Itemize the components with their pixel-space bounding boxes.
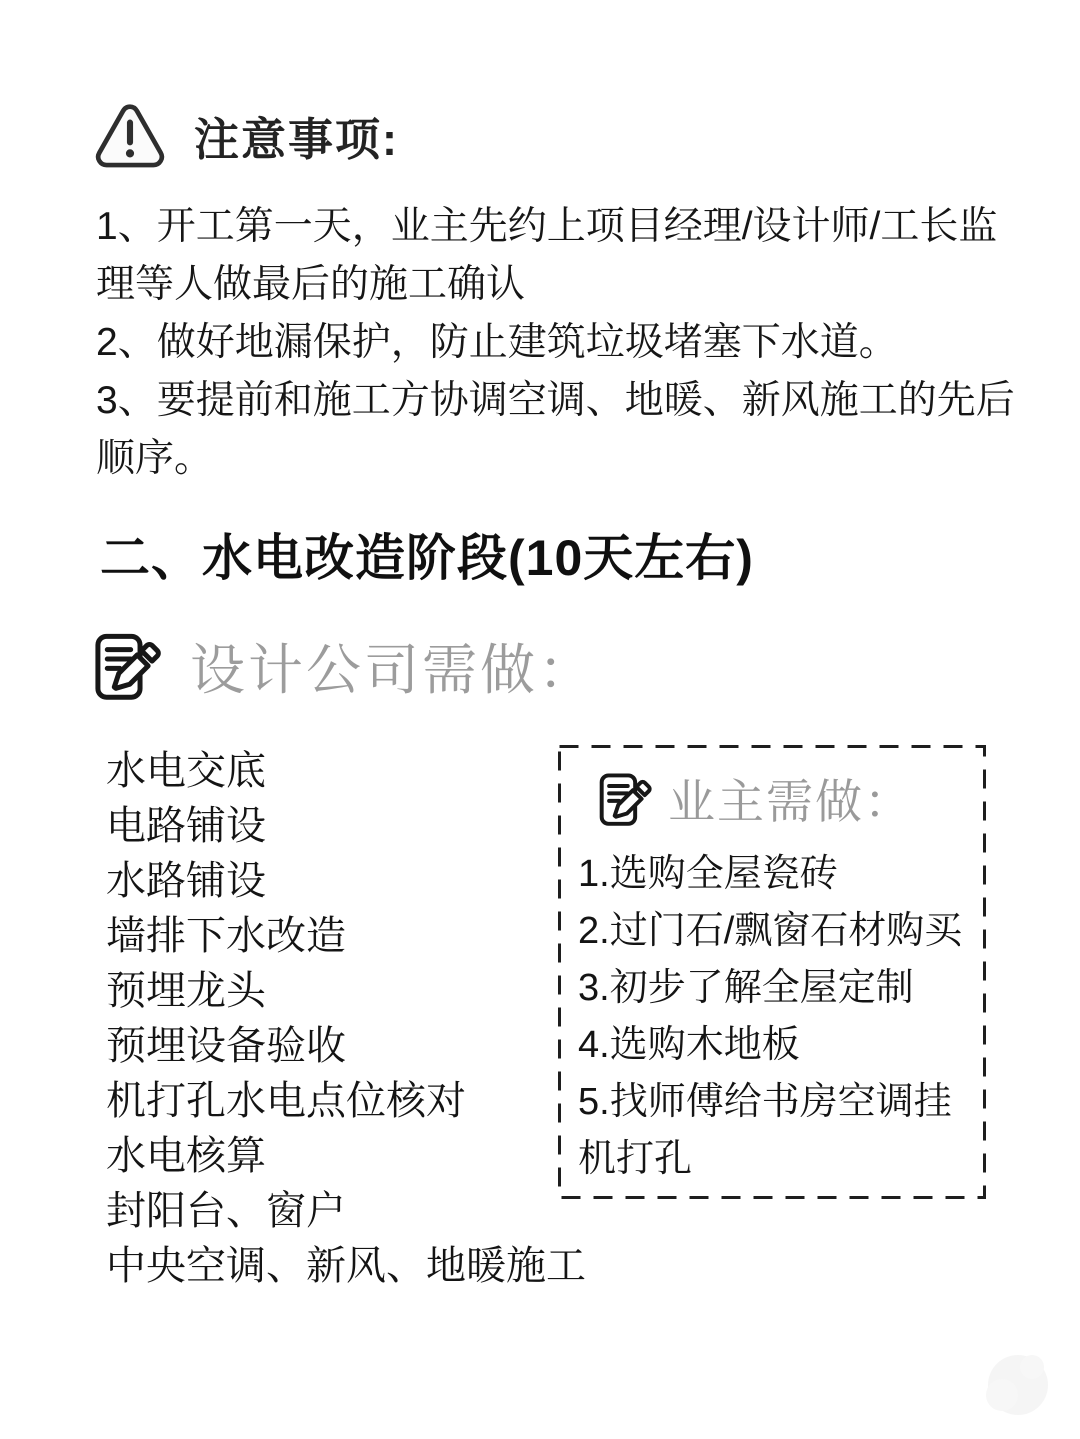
design-company-header: 设计公司需做： <box>88 626 596 705</box>
owner-task-item: 1.选购全屋瓷砖 <box>578 846 980 903</box>
warning-triangle-icon <box>92 100 168 170</box>
task-item: 预埋龙头 <box>106 964 586 1019</box>
owner-task-list: 1.选购全屋瓷砖 2.过门石/飘窗石材购买 3.初步了解全屋定制 4.选购木地板… <box>578 846 980 1188</box>
owner-task-item: 2.过门石/飘窗石材购买 <box>578 903 980 960</box>
task-item: 水电交底 <box>106 744 586 799</box>
notice-item: 1、开工第一天，业主先约上项目经理/设计师/工长监理等人做最后的施工确认 <box>96 198 1034 314</box>
notice-header: 注意事项: <box>92 100 399 170</box>
notice-list: 1、开工第一天，业主先约上项目经理/设计师/工长监理等人做最后的施工确认 2、做… <box>96 198 1034 488</box>
design-company-task-list: 水电交底 电路铺设 水路铺设 墙排下水改造 预埋龙头 预埋设备验收 机打孔水电点… <box>106 744 586 1294</box>
notice-title: 注意事项: <box>194 103 399 168</box>
owner-task-item: 3.初步了解全屋定制 <box>578 960 980 1017</box>
owner-tasks-box: 业主需做： 1.选购全屋瓷砖 2.过门石/飘窗石材购买 3.初步了解全屋定制 4… <box>558 745 986 1199</box>
task-item: 电路铺设 <box>106 799 586 854</box>
task-item: 预埋设备验收 <box>106 1019 586 1074</box>
watermark-logo <box>966 1337 1062 1433</box>
owner-title: 业主需做： <box>668 765 913 832</box>
task-item: 墙排下水改造 <box>106 909 586 964</box>
notice-item: 3、要提前和施工方协调空调、地暖、新风施工的先后顺序。 <box>96 372 1034 488</box>
design-company-title: 设计公司需做： <box>190 626 596 705</box>
notice-item: 2、做好地漏保护，防止建筑垃圾堵塞下水道。 <box>96 314 1034 372</box>
owner-task-item: 5.找师傅给书房空调挂机打孔 <box>578 1074 980 1188</box>
task-item: 机打孔水电点位核对 <box>106 1074 586 1129</box>
task-item: 水路铺设 <box>106 854 586 909</box>
task-item: 中央空调、新风、地暖施工 <box>106 1239 586 1294</box>
task-item: 封阳台、窗户 <box>106 1184 586 1239</box>
renovation-notes-page: 注意事项: 1、开工第一天，业主先约上项目经理/设计师/工长监理等人做最后的施工… <box>0 0 1080 1439</box>
edit-note-icon <box>88 627 164 705</box>
owner-task-item: 4.选购木地板 <box>578 1017 980 1074</box>
owner-header: 业主需做： <box>594 765 980 832</box>
task-item: 水电核算 <box>106 1129 586 1184</box>
stage-heading: 二、水电改造阶段(10天左右) <box>100 518 754 590</box>
edit-note-icon <box>594 768 654 830</box>
